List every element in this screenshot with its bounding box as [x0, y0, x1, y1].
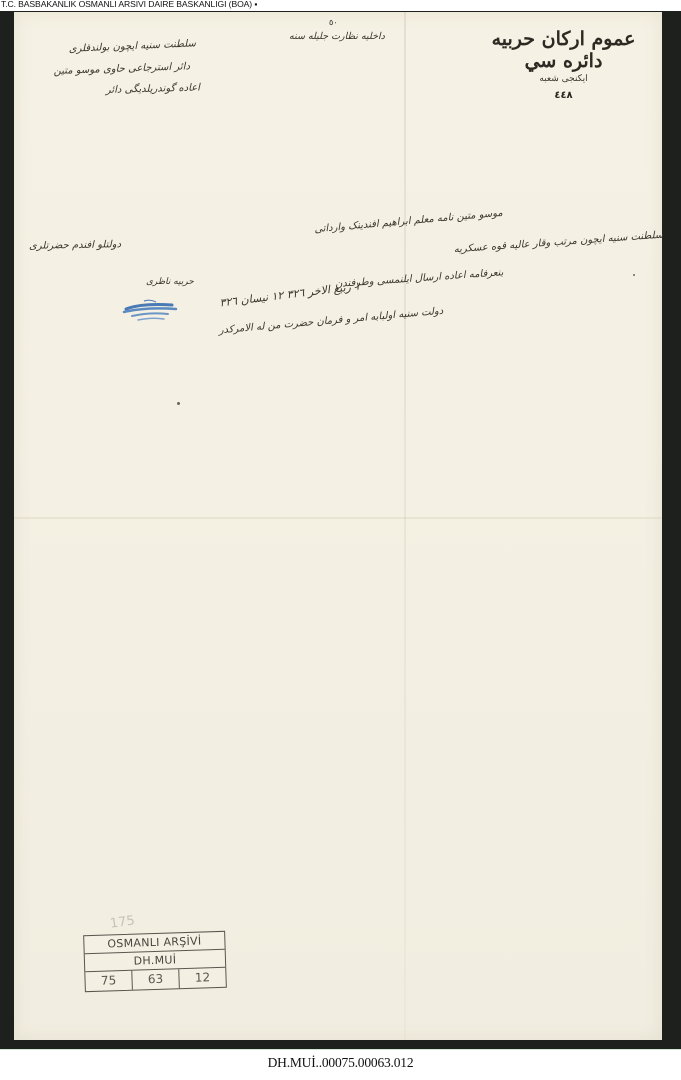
- top-center-note: داخليه نظارت جليله سنه: [289, 31, 385, 42]
- archive-header-bar: T.C. BASBAKANLIK OSMANLI ARSIVI DAIRE BA…: [0, 0, 681, 11]
- ink-mark: [177, 402, 180, 405]
- archive-stamp-cells: 75 63 12: [85, 968, 226, 991]
- body-line: موسو متین نامه معلم ابراهیم افندینک وارد…: [314, 208, 503, 235]
- archive-stamp: OSMANLI ARŞİVİ DH.MUİ 75 63 12: [83, 931, 227, 992]
- paper-fold-line: [14, 517, 662, 519]
- archive-stamp-box: 75: [85, 971, 133, 991]
- document-page: عموم ارکان حربيه دائره سي ایکنجی شعبه ٤٤…: [14, 12, 662, 1040]
- letterhead-number: ٤٤٨: [476, 90, 651, 101]
- margin-note-line: دائر استرجاعی حاوی موسو متین: [30, 61, 190, 78]
- document-scan: عموم ارکان حربيه دائره سي ایکنجی شعبه ٤٤…: [0, 11, 681, 1049]
- archive-stamp-page: 12: [179, 968, 226, 988]
- letterhead: عموم ارکان حربيه دائره سي ایکنجی شعبه ٤٤…: [476, 28, 651, 101]
- letterhead-subtitle: ایکنجی شعبه: [476, 74, 651, 84]
- reference-code: DH.MUİ..00075.00063.012: [0, 1055, 681, 1071]
- letterhead-title: عموم ارکان حربيه دائره سي: [476, 28, 651, 72]
- archive-stamp-file: 63: [132, 969, 180, 989]
- reference-footer: DH.MUİ..00075.00063.012: [0, 1049, 681, 1080]
- blue-seal-signature-icon: [122, 295, 178, 325]
- margin-note-line: سلطنت سنیه ایچون بولندقلری: [26, 38, 196, 56]
- archive-header-title: T.C. BASBAKANLIK OSMANLI ARSIVI DAIRE BA…: [1, 0, 257, 9]
- salutation: دولتلو افندم حضرتلری: [29, 239, 121, 252]
- body-line: سلطنت سنیه ایچون مرتب وقار عاليه قوه عسک…: [24, 230, 663, 286]
- margin-note-line: اعاده گوندریلدیگی دائر: [80, 82, 200, 96]
- signer-title: حربیه ناظری: [146, 277, 194, 287]
- body-line: دولت سنیه اولبابه امر و فرمان حضرت من له…: [24, 306, 443, 354]
- ink-mark: [633, 274, 635, 276]
- top-center-number: ٥٠: [329, 18, 338, 27]
- pencil-note: 175: [109, 913, 136, 931]
